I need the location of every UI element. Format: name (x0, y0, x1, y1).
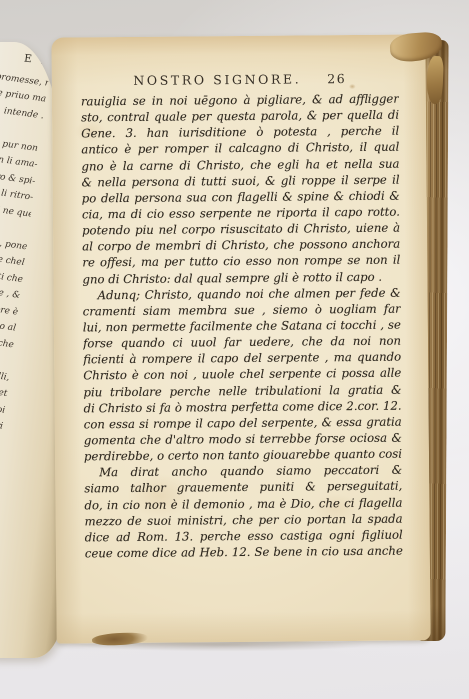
running-header: NOSTRO SIGNORE. 26 (81, 71, 399, 90)
photo-of-antique-book: { "colors": { "paper": "#f1e6cb", "ink":… (0, 0, 469, 699)
verso-fragment-lines: to le promesse, noe se ne priuo maintend… (0, 65, 49, 549)
verso-text-fragments: E L to le promesse, noe se ne priuo main… (0, 44, 52, 653)
text-line: ceue come dice ad Heb. 12. Se bene in ci… (85, 543, 403, 562)
text-column: NOSTRO SIGNORE. 26 rauiglia se in noi uē… (81, 71, 403, 562)
recto-page: NOSTRO SIGNORE. 26 rauiglia se in noi uē… (51, 34, 430, 643)
body-text: rauiglia se in noi uēgono à pigliare, & … (81, 91, 403, 562)
page-number: 26 (327, 71, 346, 86)
running-title: NOSTRO SIGNORE. (133, 71, 301, 87)
